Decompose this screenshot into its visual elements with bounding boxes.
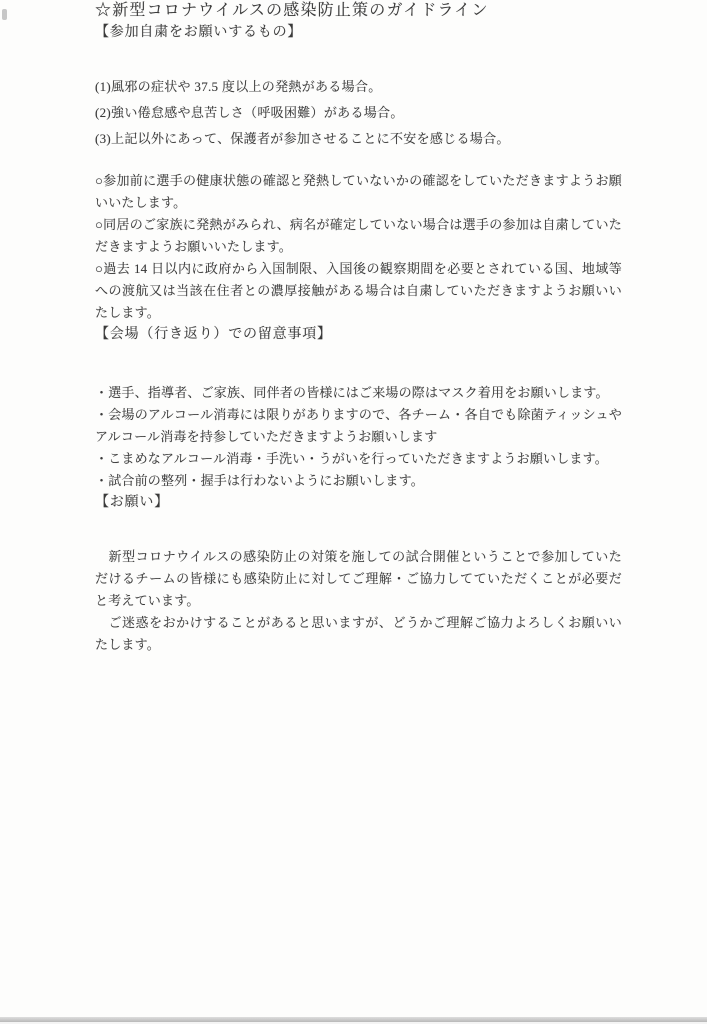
note-paragraph-2: ○同居のご家族に発熱がみられ、病名が確定していない場合は選手の参加は自粛していた… — [95, 214, 622, 258]
numbered-item-3: (3)上記以外にあって、保護者が参加させることに不安を感じる場合。 — [95, 126, 622, 152]
numbered-item-1: (1)風邪の症状や 37.5 度以上の発熱がある場合。 — [95, 74, 622, 100]
section-heading-participation-refrain: 【参加自粛をお願いするもの】 — [95, 22, 622, 44]
note-paragraphs: ○参加前に選手の健康状態の確認と発熱していないかの確認をしていただきますようお願… — [95, 170, 622, 324]
section-heading-request: 【お願い】 — [95, 492, 622, 514]
bullet-item-3: ・こまめなアルコール消毒・手洗い・うがいを行っていただきますようお願いします。 — [95, 448, 622, 470]
closing-paragraph-1: 新型コロナウイルスの感染防止の対策を施しての試合開催ということで参加していただけ… — [95, 546, 622, 612]
document-title: ☆新型コロナウイルスの感染防止策のガイドライン — [95, 0, 622, 22]
note-paragraph-1: ○参加前に選手の健康状態の確認と発熱していないかの確認をしていただきますようお願… — [95, 170, 622, 214]
closing-paragraph-2: ご迷惑をおかけすることがあると思いますが、どうかご理解ご協力よろしくお願いいたし… — [95, 612, 622, 656]
note-paragraph-3: ○過去 14 日以内に政府から入国制限、入国後の観察期間を必要とされている国、地… — [95, 258, 622, 324]
scan-artifact — [2, 9, 7, 20]
section-heading-venue-precautions: 【会場（行き返り）での留意事項】 — [95, 324, 622, 346]
numbered-list: (1)風邪の症状や 37.5 度以上の発熱がある場合。 (2)強い倦怠感や息苦し… — [95, 74, 622, 152]
bullet-item-2: ・会場のアルコール消毒には限りがありますので、各チーム・各自でも除菌ティッシュや… — [95, 404, 622, 448]
bullet-list: ・選手、指導者、ご家族、同伴者の皆様にはご来場の際はマスク着用をお願いします。 … — [95, 382, 622, 492]
bullet-item-4: ・試合前の整列・握手は行わないようにお願いします。 — [95, 470, 622, 492]
numbered-item-2: (2)強い倦怠感や息苦しさ（呼吸困難）がある場合。 — [95, 100, 622, 126]
document-page: ☆新型コロナウイルスの感染防止策のガイドライン 【参加自粛をお願いするもの】 (… — [0, 0, 707, 1024]
document-content: ☆新型コロナウイルスの感染防止策のガイドライン 【参加自粛をお願いするもの】 (… — [95, 0, 622, 656]
closing-paragraphs: 新型コロナウイルスの感染防止の対策を施しての試合開催ということで参加していただけ… — [95, 546, 622, 656]
bullet-item-1: ・選手、指導者、ご家族、同伴者の皆様にはご来場の際はマスク着用をお願いします。 — [95, 382, 622, 404]
